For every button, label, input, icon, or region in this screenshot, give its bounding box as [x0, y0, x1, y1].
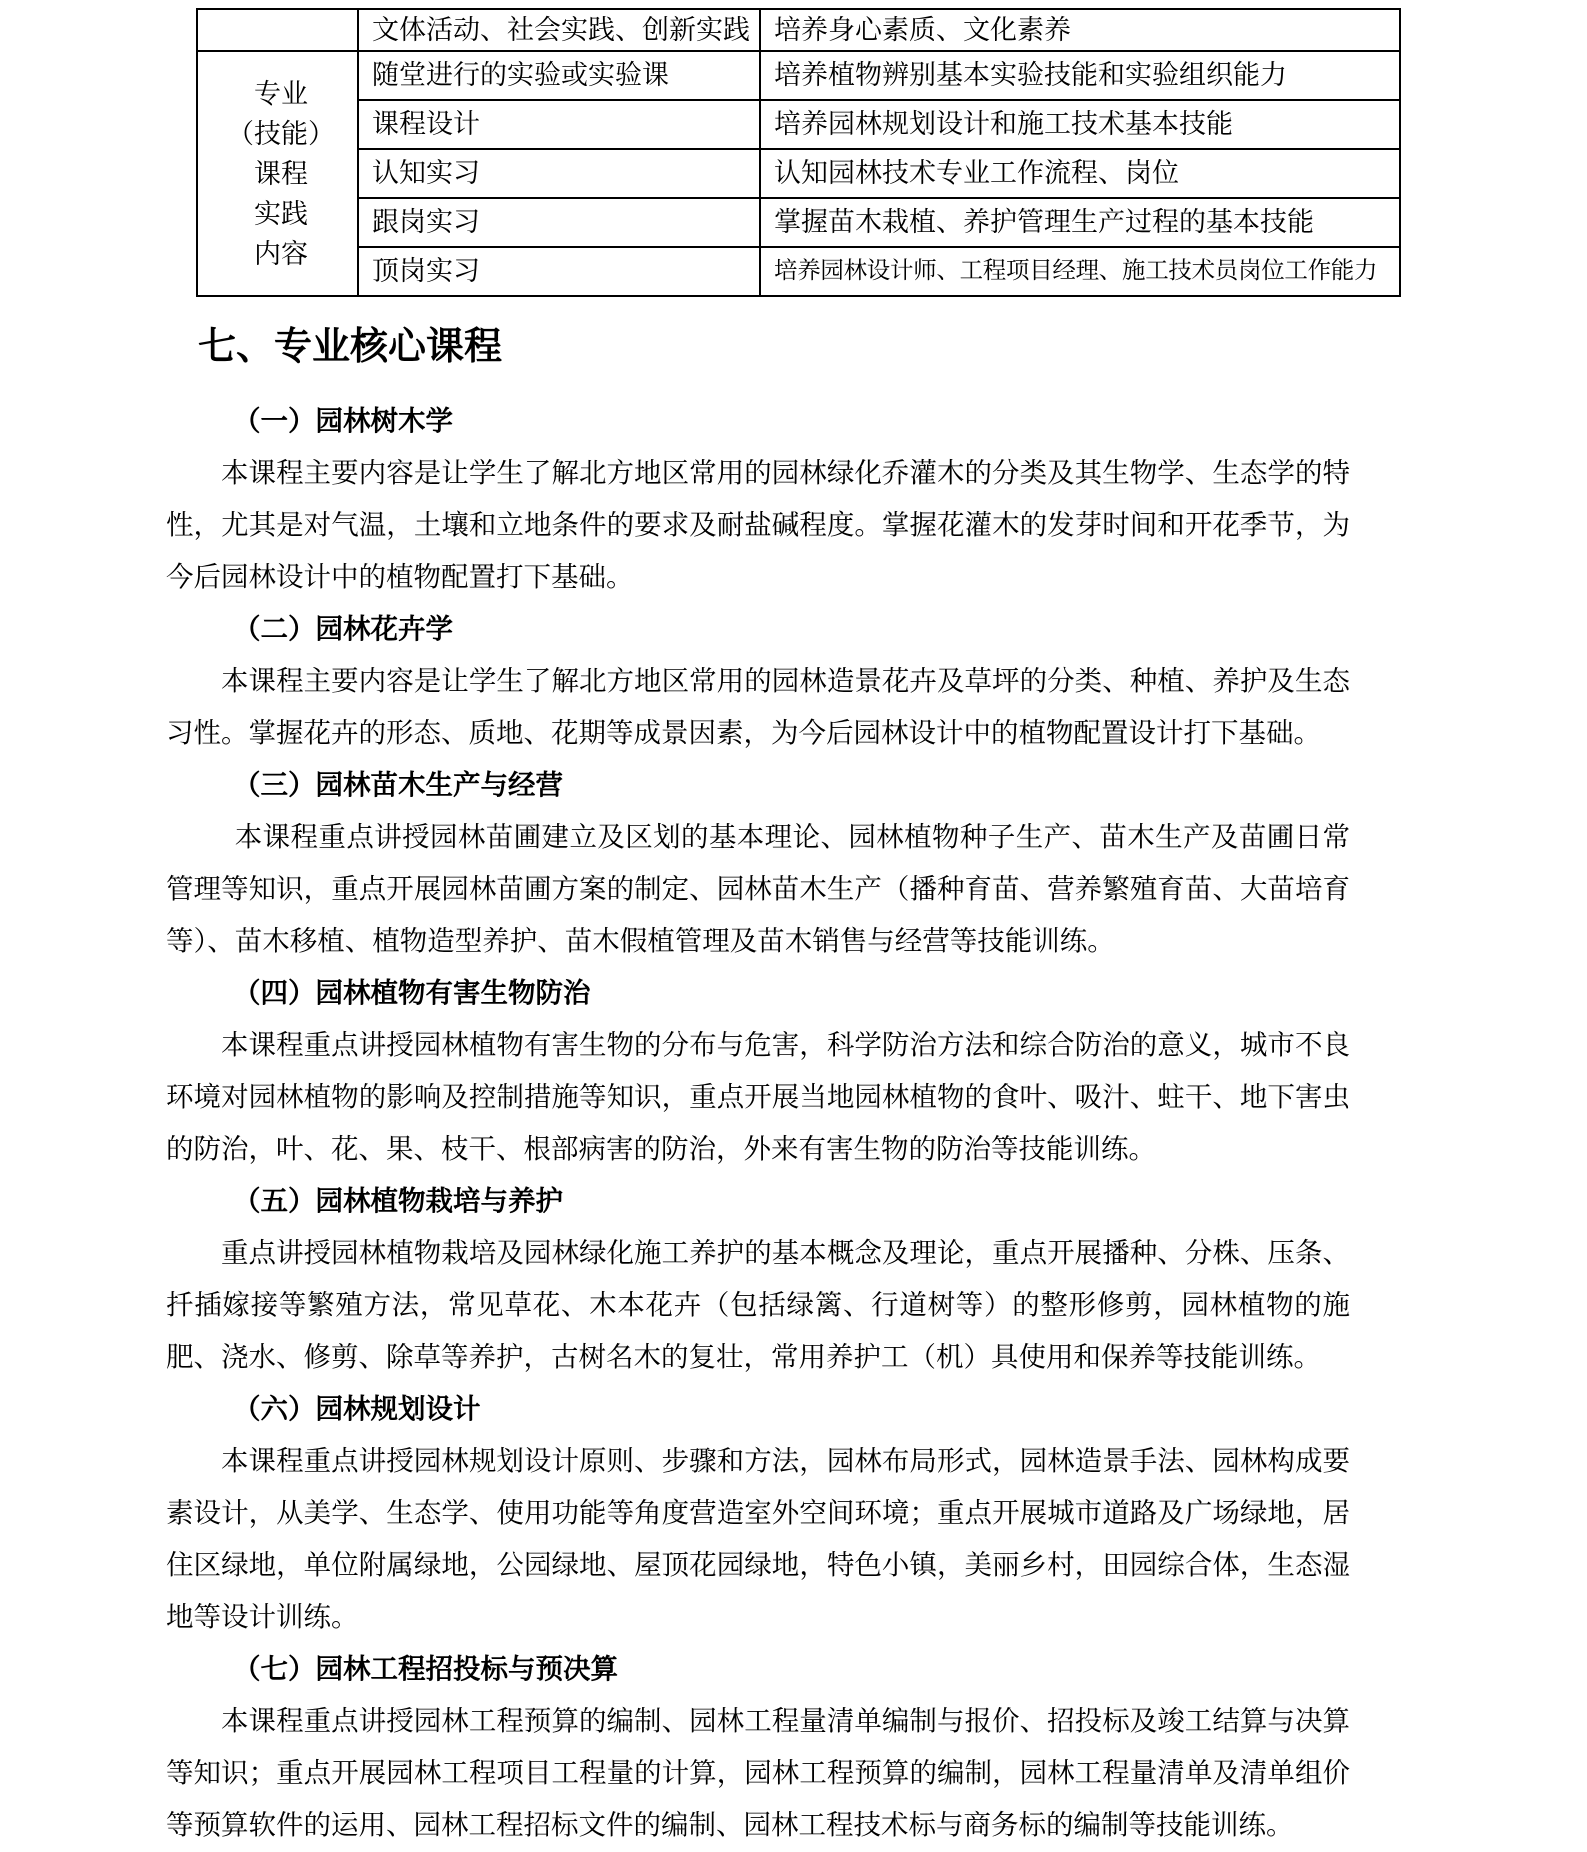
- course-title: （七）园林工程招投标与预决算: [166, 1643, 1350, 1695]
- rowgroup-label-line: 实践: [211, 194, 351, 234]
- cell-practice-goal: 掌握苗木栽植、养护管理生产过程的基本技能: [760, 198, 1400, 247]
- rowgroup-label-line: 课程: [211, 154, 351, 194]
- course-section: （七）园林工程招投标与预决算 本课程重点讲授园林工程预算的编制、园林工程量清单编…: [166, 1643, 1350, 1851]
- cell-practice-goal: 培养园林设计师、工程项目经理、施工技术员岗位工作能力: [760, 247, 1400, 296]
- course-title: （一）园林树木学: [166, 395, 1350, 447]
- course-section: （一）园林树木学 本课程主要内容是让学生了解北方地区常用的园林绿化乔灌木的分类及…: [166, 395, 1350, 603]
- cell-practice-goal: 培养园林规划设计和施工技术基本技能: [760, 100, 1400, 149]
- course-description: 本课程主要内容是让学生了解北方地区常用的园林造景花卉及草坪的分类、种植、养护及生…: [166, 655, 1350, 759]
- course-description: 本课程主要内容是让学生了解北方地区常用的园林绿化乔灌木的分类及其生物学、生态学的…: [166, 447, 1350, 603]
- cell-practice-goal: 认知园林技术专业工作流程、岗位: [760, 149, 1400, 198]
- main-heading: 七、专业核心课程: [198, 321, 1350, 373]
- course-title: （六）园林规划设计: [166, 1383, 1350, 1435]
- course-title: （五）园林植物栽培与养护: [166, 1175, 1350, 1227]
- document-page: 文体活动、社会实践、创新实践 培养身心素质、文化素养 专业 （技能） 课程 实践…: [0, 0, 1587, 1851]
- cell-practice-goal: 培养植物辨别基本实验技能和实验组织能力: [760, 51, 1400, 100]
- cell-practice-item: 顶岗实习: [358, 247, 760, 296]
- cell-practice-item: 课程设计: [358, 100, 760, 149]
- course-section: （二）园林花卉学 本课程主要内容是让学生了解北方地区常用的园林造景花卉及草坪的分…: [166, 603, 1350, 759]
- table-row: 认知实习 认知园林技术专业工作流程、岗位: [197, 149, 1400, 198]
- practice-content-table: 文体活动、社会实践、创新实践 培养身心素质、文化素养 专业 （技能） 课程 实践…: [196, 8, 1401, 297]
- course-title: （四）园林植物有害生物防治: [166, 967, 1350, 1019]
- course-section: （五）园林植物栽培与养护 重点讲授园林植物栽培及园林绿化施工养护的基本概念及理论…: [166, 1175, 1350, 1383]
- course-description: 重点讲授园林植物栽培及园林绿化施工养护的基本概念及理论，重点开展播种、分株、压条…: [166, 1227, 1350, 1383]
- table-row: 文体活动、社会实践、创新实践 培养身心素质、文化素养: [197, 9, 1400, 51]
- course-description: 本课程重点讲授园林工程预算的编制、园林工程量清单编制与报价、招投标及竣工结算与决…: [166, 1695, 1350, 1851]
- table-row: 课程设计 培养园林规划设计和施工技术基本技能: [197, 100, 1400, 149]
- course-section: （三）园林苗木生产与经营 本课程重点讲授园林苗圃建立及区划的基本理论、园林植物种…: [166, 759, 1350, 967]
- rowgroup-label-line: 内容: [211, 234, 351, 274]
- course-title: （三）园林苗木生产与经营: [166, 759, 1350, 811]
- course-section: （四）园林植物有害生物防治 本课程重点讲授园林植物有害生物的分布与危害，科学防治…: [166, 967, 1350, 1175]
- table-row: 跟岗实习 掌握苗木栽植、养护管理生产过程的基本技能: [197, 198, 1400, 247]
- rowgroup-label-line: （技能）: [211, 114, 351, 154]
- course-description: 本课程重点讲授园林植物有害生物的分布与危害，科学防治方法和综合防治的意义，城市不…: [166, 1019, 1350, 1175]
- course-title: （二）园林花卉学: [166, 603, 1350, 655]
- cell-practice-item: 随堂进行的实验或实验课: [358, 51, 760, 100]
- cell-practice-item: 认知实习: [358, 149, 760, 198]
- rowgroup-label-line: 专业: [211, 74, 351, 114]
- table-row: 专业 （技能） 课程 实践 内容 随堂进行的实验或实验课 培养植物辨别基本实验技…: [197, 51, 1400, 100]
- table-row: 顶岗实习 培养园林设计师、工程项目经理、施工技术员岗位工作能力: [197, 247, 1400, 296]
- cell-practice-goal: 培养身心素质、文化素养: [760, 9, 1400, 51]
- rowgroup-label: 专业 （技能） 课程 实践 内容: [197, 51, 358, 296]
- course-section: （六）园林规划设计 本课程重点讲授园林规划设计原则、步骤和方法，园林布局形式，园…: [166, 1383, 1350, 1643]
- cell-practice-item: 文体活动、社会实践、创新实践: [358, 9, 760, 51]
- table-cell-empty: [197, 9, 358, 51]
- course-description: 本课程重点讲授园林苗圃建立及区划的基本理论、园林植物种子生产、苗木生产及苗圃日常…: [166, 811, 1350, 967]
- cell-practice-item: 跟岗实习: [358, 198, 760, 247]
- course-description: 本课程重点讲授园林规划设计原则、步骤和方法，园林布局形式，园林造景手法、园林构成…: [166, 1435, 1350, 1643]
